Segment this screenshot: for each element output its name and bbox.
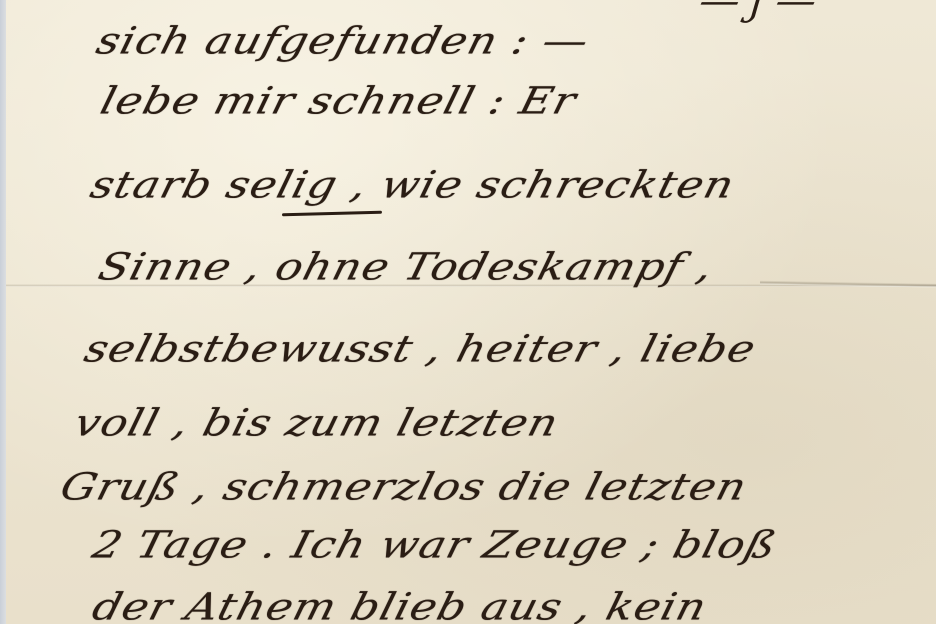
handwritten-line-3: starb selig , wie schreckten	[86, 164, 739, 207]
handwritten-line-2: lebe mir schnell : Er	[96, 80, 581, 123]
handwritten-line-6: voll , bis zum letzten	[70, 402, 563, 445]
handwritten-line-9: der Athem blieb aus , kein	[88, 586, 712, 624]
handwritten-line-1: sich aufgefunden : —	[92, 20, 594, 63]
handwritten-line-8: 2 Tage . Ich war Zeuge ; bloß	[88, 524, 781, 567]
handwritten-line-4: Sinne , ohne Todeskampf ,	[94, 246, 718, 289]
handwritten-line-7: Gruß , schmerzlos die letzten	[56, 466, 752, 509]
handwritten-line-5: selbstbewusst , heiter , liebe	[80, 328, 760, 371]
top-cutoff-strokes: — ʃ —	[694, 0, 822, 24]
